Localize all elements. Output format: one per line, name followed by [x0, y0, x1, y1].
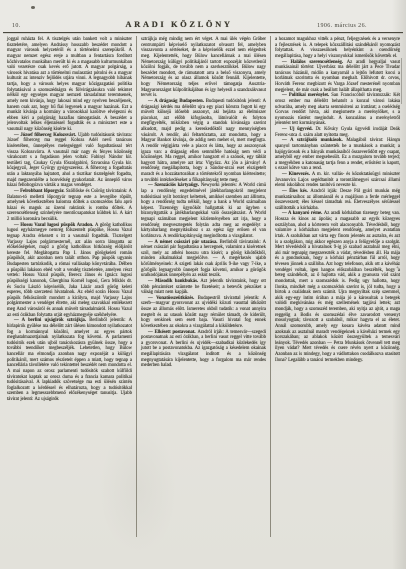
- item-lead: — Szenzációs kártyaügy.: [148, 183, 201, 188]
- item-lead: — Elkésett postavonat.: [148, 330, 197, 335]
- scan-plus-mark: +: [396, 266, 399, 272]
- news-paragraph: — Felrobbant lőporgyár. Szöllőske és Csö…: [7, 189, 132, 223]
- news-paragraph: — Elkésett postavonat. Aradról irják: A …: [141, 330, 266, 369]
- news-paragraph: — Politikai merénylet. San Franciscóból …: [275, 93, 400, 127]
- column-3: a hozamot magukhoz vitték a pénzt, felje…: [271, 36, 404, 537]
- issue-date: 1906. március 26.: [278, 23, 406, 29]
- item-lead: — Felrobbant lőporgyár.: [14, 189, 66, 194]
- news-paragraph: — Szenzációs kártyaügy. Newyorki jelenté…: [141, 183, 266, 239]
- news-paragraph: — A kanyaró réme. Az aradi kórházban tiz…: [275, 211, 400, 363]
- scan-scratch: [401, 58, 402, 104]
- scan-speck: [31, 6, 35, 9]
- news-paragraph: — Vonatösszeütközés. Budapestről távirat…: [141, 296, 266, 330]
- page-header: 10. ARADI KÖZLÖNY 1906. március 26.: [0, 0, 406, 29]
- news-paragraph: — Halálos szerencsétlenség. Az aradi heg…: [275, 60, 400, 94]
- news-paragraph: a hozamot magukhoz vitték a pénzt, felje…: [275, 37, 400, 60]
- news-paragraph: — Uj ügyvéd. Dr. Kőváry Gyula ügyvédi ir…: [275, 127, 400, 138]
- news-paragraph: — Hossu Vazul lugosi püspök Aradon. A gö…: [7, 223, 132, 319]
- newspaper-page: 10. ARADI KÖZLÖNY 1906. március 26. jogg…: [0, 0, 406, 569]
- scan-plus-mark: +: [391, 44, 394, 50]
- news-paragraph: — Éles kés. Aradról irják: Desze Pál gyá…: [275, 189, 400, 212]
- news-paragraph: — Második bankbukás. Azt jelentik távira…: [141, 279, 266, 296]
- item-lead: — A német császári pár utazása.: [148, 240, 220, 245]
- masthead-title: ARADI KÖZLÖNY: [80, 19, 278, 29]
- news-paragraph: — József főherceg Kolozsvárt. Ujabb tudó…: [7, 133, 132, 189]
- item-lead: — Halálos szerencsétlenség.: [282, 60, 347, 65]
- column-2: sztrájkja még mindig nem ért véget. A ma…: [137, 36, 271, 537]
- item-lead: — Uj ügyvéd.: [282, 127, 315, 132]
- news-paragraph: — A berlini ujságirók sztrájkja. Berlinb…: [7, 318, 132, 402]
- item-lead: — A kanyaró réme.: [282, 211, 324, 216]
- header-rule: [3, 32, 403, 33]
- item-lead: — Éles kés.: [282, 189, 310, 194]
- item-lead: — Politikai merénylet.: [282, 93, 331, 98]
- column-1: joggal ruházta fel. A tisztelgés után ba…: [3, 36, 137, 537]
- item-lead: — A drágaság Budapesten.: [148, 99, 206, 104]
- item-lead: — Második bankbukás.: [148, 279, 200, 284]
- item-lead: — Kinevezés.: [282, 172, 312, 177]
- news-paragraph: — A drágaság Budapesten. Budapesti tudós…: [141, 99, 266, 183]
- item-lead: — Hossu Vazul lugosi püspök Aradon.: [14, 223, 95, 228]
- item-lead: — József főherceg Kolozsvárt.: [14, 133, 78, 138]
- news-paragraph: — A sztrájkoló munkások. Malagából távir…: [275, 138, 400, 172]
- news-paragraph: — Kinevezés. A m. kir. vallás- és közokt…: [275, 172, 400, 189]
- scan-plus-mark: +: [395, 140, 398, 146]
- text-columns: joggal ruházta fel. A tisztelgés után ba…: [3, 36, 404, 537]
- news-paragraph: joggal ruházta fel. A tisztelgés után ba…: [7, 37, 132, 133]
- news-paragraph: — A német császári pár utazása. Berlinbő…: [141, 240, 266, 279]
- page-number: 10.: [0, 23, 80, 29]
- item-lead: — A sztrájkoló munkások.: [282, 138, 346, 143]
- item-lead: — A berlini ujságirók sztrájkja.: [14, 318, 89, 323]
- news-paragraph: sztrájkja még mindig nem ért véget. A ma…: [141, 37, 266, 99]
- item-lead: — Vonatösszeütközés.: [148, 296, 198, 301]
